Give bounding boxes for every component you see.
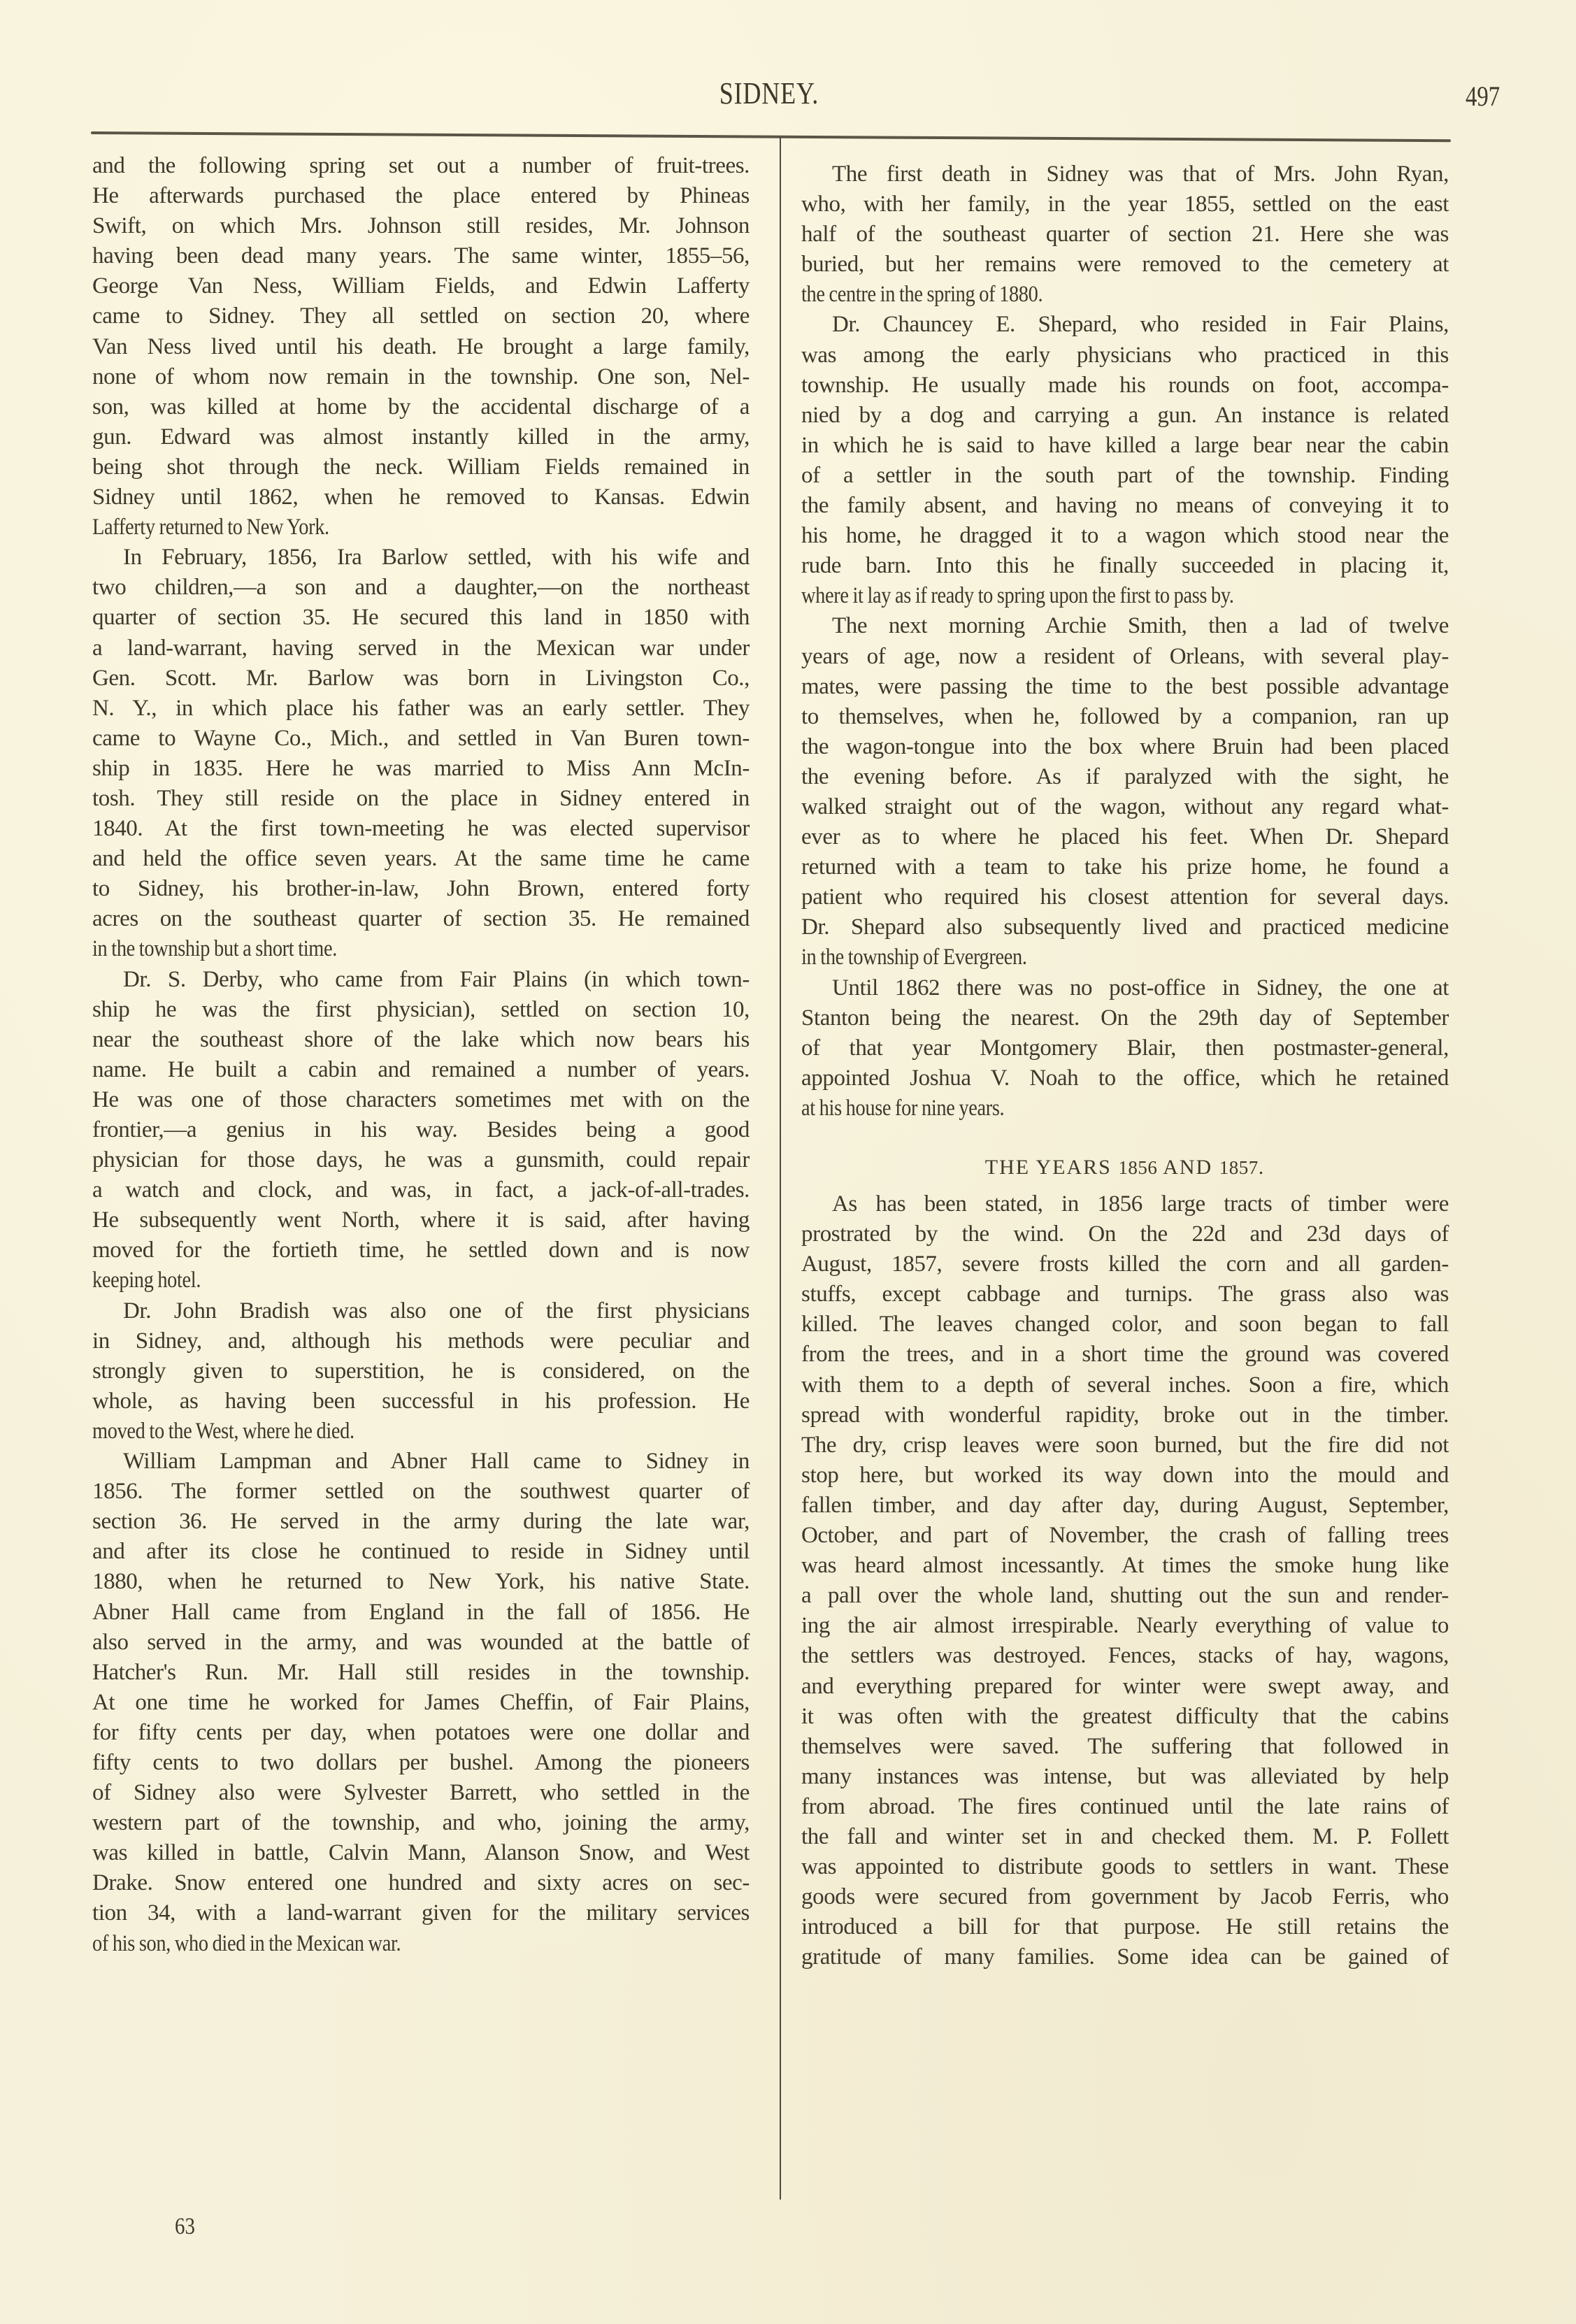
text-line: quarter of section 35. He secured this l… xyxy=(92,603,750,633)
text-line: introduced a bill for that purpose. He s… xyxy=(801,1912,1449,1942)
text-line: moved for the fortieth time, he settled … xyxy=(92,1235,750,1265)
text-line: The dry, crisp leaves were soon burned, … xyxy=(801,1430,1449,1461)
text-line: Lafferty returned to New York. xyxy=(92,512,750,543)
text-line: whole, as having been successful in his … xyxy=(92,1386,750,1416)
text-line: Gen. Scott. Mr. Barlow was born in Livin… xyxy=(92,664,750,694)
text-line: nied by a dog and carrying a gun. An ins… xyxy=(801,401,1449,431)
text-line: many instances was intense, but was alle… xyxy=(801,1762,1449,1792)
text-line: mates, were passing the time to the best… xyxy=(801,672,1449,702)
text-line: in Sidney, and, although his methods wer… xyxy=(92,1326,750,1356)
paragraph: Dr. Chauncey E. Shepard, who resided in … xyxy=(801,310,1449,611)
text-line: years of age, now a resident of Orleans,… xyxy=(801,642,1449,672)
text-line: goods were secured from government by Ja… xyxy=(801,1882,1449,1912)
text-line: to Sidney, his brother-in-law, John Brow… xyxy=(92,874,750,904)
text-line: of his son, who died in the Mexican war. xyxy=(92,1929,750,1959)
text-line: October, and part of November, the crash… xyxy=(801,1521,1449,1551)
text-line: of a settler in the south part of the to… xyxy=(801,461,1449,491)
paragraph: In February, 1856, Ira Barlow settled, w… xyxy=(92,543,750,964)
text-line: came to Sidney. They all settled on sect… xyxy=(92,301,750,331)
text-line: Dr. S. Derby, who came from Fair Plains … xyxy=(92,965,750,995)
text-line: returned with a team to take his prize h… xyxy=(801,852,1449,882)
text-line: was among the early physicians who pract… xyxy=(801,340,1449,371)
text-line: William Lampman and Abner Hall came to S… xyxy=(92,1447,750,1477)
paragraph: The first death in Sidney was that of Mr… xyxy=(801,159,1449,310)
text-line: western part of the township, and who, j… xyxy=(92,1808,750,1838)
text-line: gun. Edward was almost instantly killed … xyxy=(92,422,750,452)
right-column: The first death in Sidney was that of Mr… xyxy=(801,159,1449,1972)
text-line: He afterwards purchased the place entere… xyxy=(92,181,750,211)
paragraph: As has been stated, in 1856 large tracts… xyxy=(801,1189,1449,1972)
text-line: ship in 1835. Here he was married to Mis… xyxy=(92,754,750,784)
book-page: SIDNEY. 497 and the following spring set… xyxy=(0,0,1576,2324)
text-line: of that year Montgomery Blair, then post… xyxy=(801,1033,1449,1063)
text-line: George Van Ness, William Fields, and Edw… xyxy=(92,271,750,301)
text-line: tion 34, with a land-warrant given for t… xyxy=(92,1898,750,1928)
text-line: tosh. They still reside on the place in … xyxy=(92,784,750,814)
text-line: As has been stated, in 1856 large tracts… xyxy=(801,1189,1449,1219)
text-line: the family absent, and having no means o… xyxy=(801,491,1449,521)
text-line: son, was killed at home by the accidenta… xyxy=(92,392,750,422)
text-line: name. He built a cabin and remained a nu… xyxy=(92,1055,750,1085)
paragraph: and the following spring set out a numbe… xyxy=(92,151,750,543)
text-line: fifty cents to two dollars per bushel. A… xyxy=(92,1748,750,1778)
text-line: none of whom now remain in the township.… xyxy=(92,362,750,392)
running-title: SIDNEY. xyxy=(699,76,891,111)
text-line: patient who required his closest attenti… xyxy=(801,882,1449,912)
section-heading: THE YEARS 1856 AND 1857. xyxy=(801,1147,1449,1188)
text-line: themselves were saved. The suffering tha… xyxy=(801,1732,1449,1762)
section-heading-middle: AND xyxy=(1157,1156,1219,1179)
text-line: at his house for nine years. xyxy=(801,1093,1449,1124)
text-line: ing the air almost irrespirable. Nearly … xyxy=(801,1611,1449,1641)
text-line: Van Ness lived until his death. He broug… xyxy=(92,332,750,362)
column-divider xyxy=(780,137,781,2200)
section-heading-text-after: . xyxy=(1259,1156,1266,1179)
text-line: and everything prepared for winter were … xyxy=(801,1672,1449,1702)
text-line: stuffs, except cabbage and turnips. The … xyxy=(801,1279,1449,1310)
text-line: fallen timber, and day after day, during… xyxy=(801,1491,1449,1521)
text-line: 1856. The former settled on the southwes… xyxy=(92,1477,750,1507)
text-line: also served in the army, and was wounded… xyxy=(92,1628,750,1658)
text-line: August, 1857, severe frosts killed the c… xyxy=(801,1249,1449,1279)
text-line: The next morning Archie Smith, then a la… xyxy=(801,611,1449,641)
text-line: He was one of those characters sometimes… xyxy=(92,1085,750,1115)
text-line: moved to the West, where he died. xyxy=(92,1416,750,1447)
text-line: from abroad. The fires continued until t… xyxy=(801,1792,1449,1822)
paragraph: The next morning Archie Smith, then a la… xyxy=(801,611,1449,973)
text-line: At one time he worked for James Cheffin,… xyxy=(92,1688,750,1718)
text-line: stop here, but worked its way down into … xyxy=(801,1461,1449,1491)
text-line: from the trees, and in a short time the … xyxy=(801,1340,1449,1370)
text-line: the settlers was destroyed. Fences, stac… xyxy=(801,1641,1449,1671)
text-line: In February, 1856, Ira Barlow settled, w… xyxy=(92,543,750,573)
text-line: acres on the southeast quarter of sectio… xyxy=(92,904,750,934)
text-line: two children,—a son and a daughter,—on t… xyxy=(92,573,750,603)
text-line: and held the office seven years. At the … xyxy=(92,844,750,874)
text-line: Dr. Shepard also subsequently lived and … xyxy=(801,912,1449,942)
text-line: rude barn. Into this he finally succeede… xyxy=(801,551,1449,581)
text-line: near the southeast shore of the lake whi… xyxy=(92,1025,750,1055)
text-line: Hatcher's Run. Mr. Hall still resides in… xyxy=(92,1658,750,1688)
text-line: ever as to where he placed his feet. Whe… xyxy=(801,822,1449,852)
text-line: having been dead many years. The same wi… xyxy=(92,241,750,271)
text-line: it was often with the greatest difficult… xyxy=(801,1702,1449,1732)
section-heading-text-before: THE YEARS xyxy=(985,1156,1119,1179)
text-line: came to Wayne Co., Mich., and settled in… xyxy=(92,724,750,754)
text-line: his home, he dragged it to a wagon which… xyxy=(801,521,1449,551)
text-line: for fifty cents per day, when potatoes w… xyxy=(92,1718,750,1748)
section-heading-year-2: 1857 xyxy=(1219,1157,1259,1178)
text-line: was killed in battle, Calvin Mann, Alans… xyxy=(92,1838,750,1868)
text-line: appointed Joshua V. Noah to the office, … xyxy=(801,1063,1449,1093)
page-number: 497 xyxy=(1466,80,1500,113)
text-line: keeping hotel. xyxy=(92,1265,750,1296)
text-line: killed. The leaves changed color, and so… xyxy=(801,1310,1449,1340)
text-line: a pall over the whole land, shutting out… xyxy=(801,1581,1449,1611)
text-line: in the township of Evergreen. xyxy=(801,942,1449,973)
signature-mark: 63 xyxy=(175,2214,195,2240)
text-line: Dr. Chauncey E. Shepard, who resided in … xyxy=(801,310,1449,340)
text-line: the wagon-tongue into the box where Brui… xyxy=(801,732,1449,762)
text-line: the centre in the spring of 1880. xyxy=(801,280,1449,310)
text-line: walked straight out of the wagon, withou… xyxy=(801,792,1449,822)
text-line: the fall and winter set in and checked t… xyxy=(801,1822,1449,1852)
right-column-after-heading: As has been stated, in 1856 large tracts… xyxy=(801,1189,1449,1972)
text-line: of Sidney also were Sylvester Barrett, w… xyxy=(92,1778,750,1808)
text-line: to themselves, when he, followed by a co… xyxy=(801,702,1449,732)
section-heading-year-1: 1856 xyxy=(1118,1157,1157,1178)
text-line: with them to a depth of several inches. … xyxy=(801,1370,1449,1400)
header-rule xyxy=(91,131,1451,142)
text-line: frontier,—a genius in his way. Besides b… xyxy=(92,1115,750,1145)
text-line: where it lay as if ready to spring upon … xyxy=(801,581,1449,611)
text-line: was heard almost incessantly. At times t… xyxy=(801,1551,1449,1581)
text-line: ship he was the first physician), settle… xyxy=(92,995,750,1025)
text-line: who, with her family, in the year 1855, … xyxy=(801,189,1449,220)
text-line: was appointed to distribute goods to set… xyxy=(801,1852,1449,1882)
text-line: a land-warrant, having served in the Mex… xyxy=(92,633,750,664)
text-line: 1880, when he returned to New York, his … xyxy=(92,1567,750,1597)
text-line: half of the southeast quarter of section… xyxy=(801,220,1449,250)
text-line: strongly given to superstition, he is co… xyxy=(92,1356,750,1386)
text-line: township. He usually made his rounds on … xyxy=(801,371,1449,401)
text-line: and the following spring set out a numbe… xyxy=(92,151,750,181)
text-line: Stanton being the nearest. On the 29th d… xyxy=(801,1003,1449,1033)
text-line: in the township but a short time. xyxy=(92,934,750,964)
text-line: gratitude of many families. Some idea ca… xyxy=(801,1942,1449,1972)
text-line: being shot through the neck. William Fie… xyxy=(92,452,750,482)
text-line: buried, but her remains were removed to … xyxy=(801,250,1449,280)
right-column-before-heading: The first death in Sidney was that of Mr… xyxy=(801,159,1449,1124)
text-line: prostrated by the wind. On the 22d and 2… xyxy=(801,1219,1449,1249)
text-line: N. Y., in which place his father was an … xyxy=(92,694,750,724)
text-line: the evening before. As if paralyzed with… xyxy=(801,762,1449,792)
paragraph: Dr. S. Derby, who came from Fair Plains … xyxy=(92,965,750,1296)
text-line: Sidney until 1862, when he removed to Ka… xyxy=(92,482,750,512)
text-line: He subsequently went North, where it is … xyxy=(92,1205,750,1235)
text-line: physician for those days, he was a gunsm… xyxy=(92,1145,750,1175)
paragraph: William Lampman and Abner Hall came to S… xyxy=(92,1447,750,1959)
text-line: and after its close he continued to resi… xyxy=(92,1537,750,1567)
text-line: 1840. At the first town-meeting he was e… xyxy=(92,814,750,844)
text-line: Abner Hall came from England in the fall… xyxy=(92,1598,750,1628)
text-line: Until 1862 there was no post-office in S… xyxy=(801,973,1449,1003)
paragraph: Until 1862 there was no post-office in S… xyxy=(801,973,1449,1124)
text-line: spread with wonderful rapidity, broke ou… xyxy=(801,1400,1449,1430)
text-line: Swift, on which Mrs. Johnson still resid… xyxy=(92,211,750,241)
text-line: Dr. John Bradish was also one of the fir… xyxy=(92,1296,750,1326)
text-line: section 36. He served in the army during… xyxy=(92,1507,750,1537)
text-line: Drake. Snow entered one hundred and sixt… xyxy=(92,1868,750,1898)
paragraph: Dr. John Bradish was also one of the fir… xyxy=(92,1296,750,1447)
text-line: a watch and clock, and was, in fact, a j… xyxy=(92,1175,750,1205)
left-column: and the following spring set out a numbe… xyxy=(92,151,750,1959)
text-line: The first death in Sidney was that of Mr… xyxy=(801,159,1449,189)
text-line: in which he is said to have killed a lar… xyxy=(801,431,1449,461)
